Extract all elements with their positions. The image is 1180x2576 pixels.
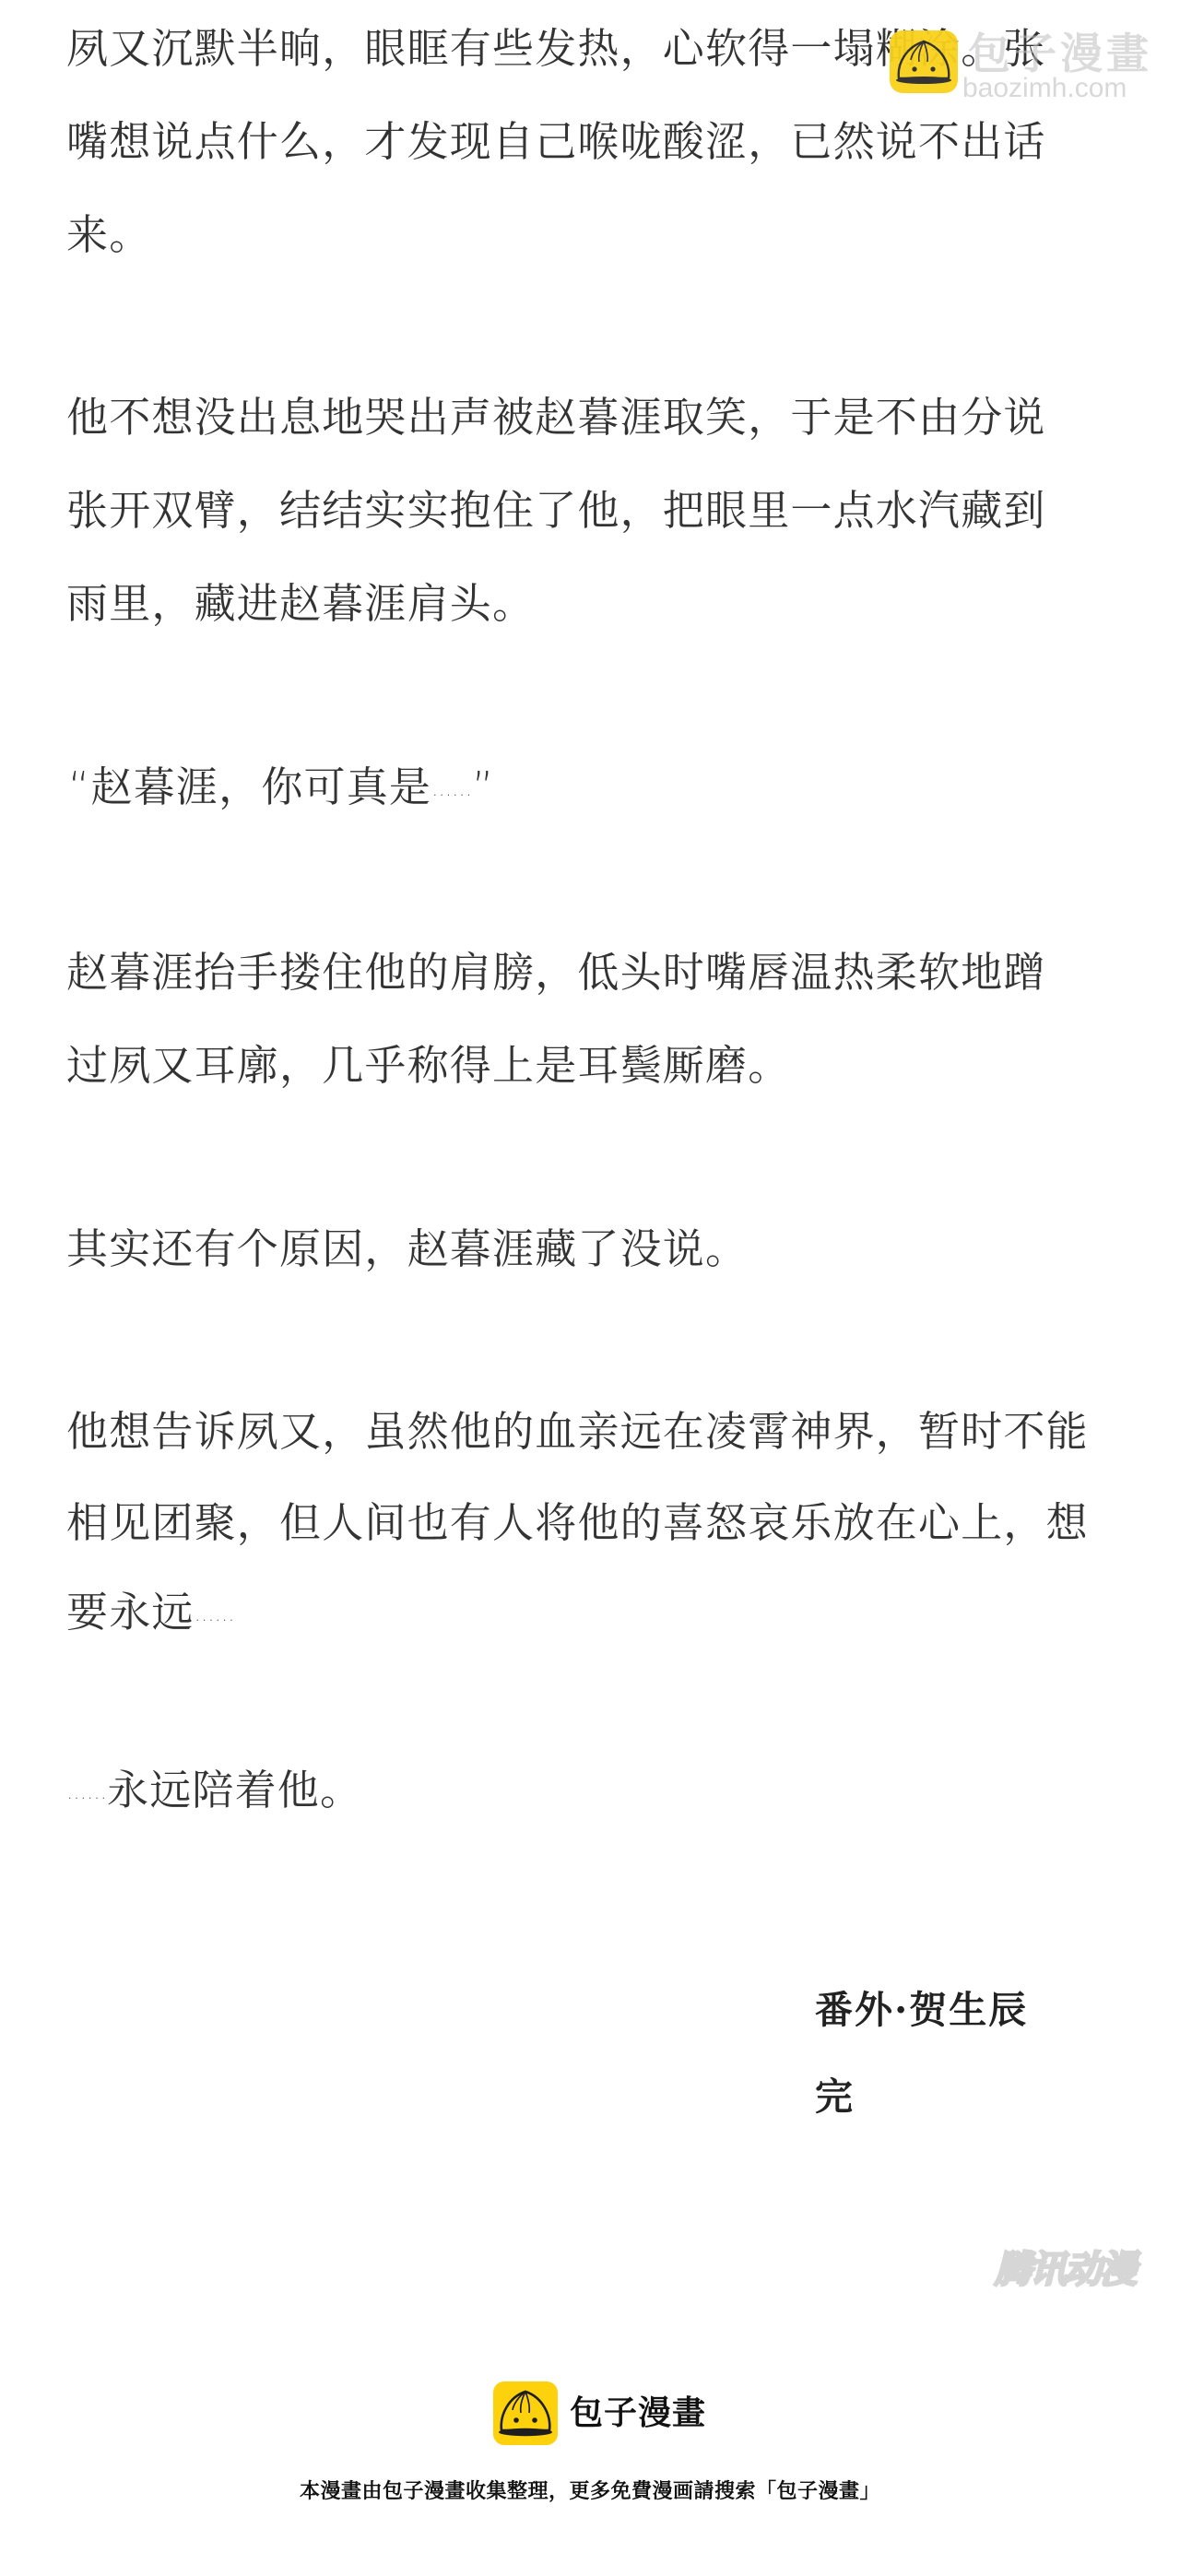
end-mark: 完 [815,2074,855,2119]
baozi-logo-icon [890,30,958,93]
tencent-comics-watermark: 腾讯动漫 [973,2246,1156,2294]
line-text: 要永远 [66,1588,195,1637]
text-line: 嘴想说点什么，才发现自己喉咙酸涩，已然说不出话 [66,116,1046,168]
text-line: 张开双臂，结结实实抱住了他，把眼里一点水汽藏到 [66,485,1046,537]
closing-quote: ” [472,762,495,811]
footer-brand-name: 包子漫畫 [570,2393,706,2434]
dialogue-text: “赵暮涯，你可真是 [68,762,431,811]
text-line: 相见团聚，但人间也有人将他的喜怒哀乐放在心上，想 [66,1497,1089,1549]
comic-text-page: 夙又沉默半晌，眼眶有些发热，心软得一塌糊涂。张 嘴想说点什么，才发现自己喉咙酸涩… [0,0,1180,2576]
text-line: 过夙又耳廓，几乎称得上是耳鬓厮磨。 [66,1040,790,1092]
baozimh-watermark: 包子漫畫 baozimh.com [887,28,1163,101]
text-line: 来。 [66,209,151,261]
ellipsis: …… [66,1781,107,1804]
chapter-title: 番外·贺生辰 [815,1988,1028,2032]
watermark-title: 包子漫畫 [968,28,1152,79]
text-line: 雨里，藏进赵暮涯肩头。 [66,578,535,630]
line-text: 永远陪着他。 [107,1766,362,1814]
text-line: 他想告诉夙又，虽然他的血亲远在凌霄神界，暂时不能 [66,1406,1089,1458]
text-line: 其实还有个原因，赵暮涯藏了没说。 [66,1223,748,1275]
ellipsis: …… [195,1603,235,1626]
footer-note: 本漫畫由包子漫畫收集整理，更多免費漫画請搜索「包子漫畫」 [0,2478,1180,2506]
dialogue-line: “赵暮涯，你可真是……” [68,762,495,813]
watermark-url: baozimh.com [962,74,1127,103]
text-line: 要永远…… [66,1587,235,1638]
text-line: 他不想没出息地哭出声被赵暮涯取笑，于是不由分说 [66,392,1046,443]
baozi-logo-icon [493,2381,558,2445]
text-line: 赵暮涯抬手搂住他的肩膀，低头时嘴唇温热柔软地蹭 [66,947,1046,998]
text-line: ……永远陪着他。 [66,1765,362,1816]
ellipsis: …… [431,778,472,801]
